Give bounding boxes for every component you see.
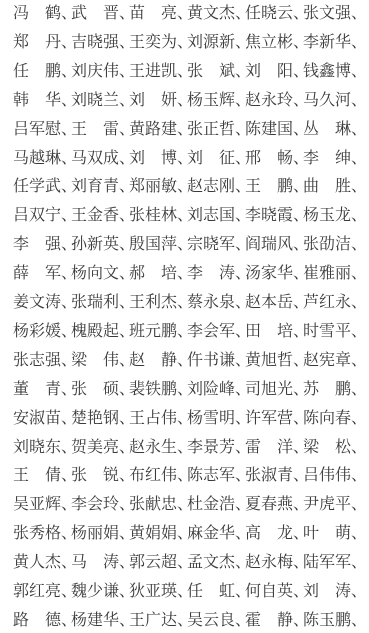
person-name: 张 锐、 <box>71 463 129 492</box>
person-name: 李会玲、 <box>71 492 129 521</box>
person-name: 杨彩媛、 <box>13 319 71 348</box>
name-row: 李 强、孙新英、殷国萍、宗晓军、阎瑞风、张劭洁、 <box>13 232 361 261</box>
person-name: 李会军、 <box>187 319 245 348</box>
person-name: 黄娟娟、 <box>129 521 187 550</box>
person-name: 张献忠、 <box>129 492 187 521</box>
person-name: 刘庆伟、 <box>71 59 129 88</box>
name-row: 路 德、杨建华、王广达、吴云良、霍 静、陈玉鹏、 <box>13 608 361 633</box>
person-name: 王 雷、 <box>71 117 129 146</box>
person-name: 吕双宁、 <box>13 203 71 232</box>
person-name: 张秀格、 <box>13 521 71 550</box>
name-row: 王 倩、张 锐、布红伟、陈志军、张淑青、吕伟伟、 <box>13 463 361 492</box>
person-name: 赵 静、 <box>129 348 187 377</box>
name-row: 马越琳、马双成、刘 博、刘 征、邢 畅、李 绅、 <box>13 146 361 175</box>
person-name: 武 晋、 <box>71 1 129 30</box>
person-name: 王广达、 <box>129 608 187 633</box>
person-name: 魏少谦、 <box>71 579 129 608</box>
person-name: 夏春燕、 <box>245 492 303 521</box>
person-name: 张 硕、 <box>71 377 129 406</box>
person-name: 任晓云、 <box>245 1 303 30</box>
person-name: 吕军慰、 <box>13 117 71 146</box>
person-name: 赵志刚、 <box>187 174 245 203</box>
person-name: 张瑞利、 <box>71 290 129 319</box>
person-name: 刘 阳、 <box>245 59 303 88</box>
person-name: 姜文涛、 <box>13 290 71 319</box>
person-name: 孙新英、 <box>71 232 129 261</box>
person-name: 赵宪章、 <box>303 348 361 377</box>
person-name: 刘 征、 <box>187 146 245 175</box>
person-name: 刘晓东、 <box>13 435 71 464</box>
person-name: 张淑青、 <box>245 463 303 492</box>
person-name: 芦红永、 <box>303 290 361 319</box>
name-row: 郑 丹、吉晓强、王奕为、刘源新、焦立彬、李新华、 <box>13 30 361 59</box>
person-name: 陈志军、 <box>187 463 245 492</box>
person-name: 钱鑫博、 <box>303 59 361 88</box>
person-name: 任 虹、 <box>187 579 245 608</box>
person-name: 吴云良、 <box>187 608 245 633</box>
person-name: 路 德、 <box>13 608 71 633</box>
person-name: 王金香、 <box>71 203 129 232</box>
person-name: 苏 鹏、 <box>303 377 361 406</box>
person-name: 蔡永泉、 <box>187 290 245 319</box>
person-name: 赵永玲、 <box>245 88 303 117</box>
person-name: 崔雅丽、 <box>303 261 361 290</box>
person-name: 马 涛、 <box>71 550 129 579</box>
person-name: 李 涛、 <box>187 261 245 290</box>
person-name: 仵书谦、 <box>187 348 245 377</box>
person-name: 王进凯、 <box>129 59 187 88</box>
person-name: 槐殿起、 <box>71 319 129 348</box>
person-name: 孟文杰、 <box>187 550 245 579</box>
person-name: 刘育青、 <box>71 174 129 203</box>
person-name: 杨丽娟、 <box>71 521 129 550</box>
person-name: 楚艳钢、 <box>71 406 129 435</box>
person-name: 贺美亮、 <box>71 435 129 464</box>
person-name: 张桂林、 <box>129 203 187 232</box>
person-name: 裴铁鹏、 <box>129 377 187 406</box>
person-name: 郭云超、 <box>129 550 187 579</box>
person-name: 李 绅、 <box>303 146 361 175</box>
person-name: 张 斌、 <box>187 59 245 88</box>
person-name: 高 龙、 <box>245 521 303 550</box>
person-name: 董 青、 <box>13 377 71 406</box>
person-name: 张正哲、 <box>187 117 245 146</box>
person-name: 何自英、 <box>245 579 303 608</box>
person-name: 吴亚辉、 <box>13 492 71 521</box>
person-name: 班元鹏、 <box>129 319 187 348</box>
person-name: 田 培、 <box>245 319 303 348</box>
name-row: 冯 鹤、武 晋、苗 亮、黄文杰、任晓云、张文强、 <box>13 1 361 30</box>
person-name: 狄亚瑛、 <box>129 579 187 608</box>
person-name: 黄人杰、 <box>13 550 71 579</box>
person-name: 刘志国、 <box>187 203 245 232</box>
person-name: 赵永梅、 <box>245 550 303 579</box>
person-name: 杨向文、 <box>71 261 129 290</box>
person-name: 王奕为、 <box>129 30 187 59</box>
name-row: 韩 华、刘晓兰、刘 妍、杨玉辉、赵永玲、马久河、 <box>13 88 361 117</box>
person-name: 阎瑞风、 <box>245 232 303 261</box>
person-name: 刘 妍、 <box>129 88 187 117</box>
person-name: 李 强、 <box>13 232 71 261</box>
person-name: 王利杰、 <box>129 290 187 319</box>
person-name: 苗 亮、 <box>129 1 187 30</box>
person-name: 陆军军、 <box>303 550 361 579</box>
person-name: 薛 军、 <box>13 261 71 290</box>
person-name: 杜金浩、 <box>187 492 245 521</box>
person-name: 张志强、 <box>13 348 71 377</box>
person-name: 李景芳、 <box>187 435 245 464</box>
name-row: 张志强、梁 伟、赵 静、仵书谦、黄旭哲、赵宪章、 <box>13 348 361 377</box>
person-name: 杨建华、 <box>71 608 129 633</box>
person-name: 布红伟、 <box>129 463 187 492</box>
person-name: 宗晓军、 <box>187 232 245 261</box>
name-row: 杨彩媛、槐殿起、班元鹏、李会军、田 培、时雪平、 <box>13 319 361 348</box>
person-name: 李新华、 <box>303 30 361 59</box>
person-name: 尹虎平、 <box>303 492 361 521</box>
person-name: 邢 畅、 <box>245 146 303 175</box>
person-name: 赵永生、 <box>129 435 187 464</box>
person-name: 丛 琳、 <box>303 117 361 146</box>
person-name: 王 鹏、 <box>245 174 303 203</box>
name-row: 安淑苗、楚艳钢、王占伟、杨雪明、许军营、陈向春、 <box>13 406 361 435</box>
name-row: 黄人杰、马 涛、郭云超、孟文杰、赵永梅、陆军军、 <box>13 550 361 579</box>
person-name: 吕伟伟、 <box>303 463 361 492</box>
name-row: 薛 军、杨向文、郝 培、李 涛、汤家华、崔雅丽、 <box>13 261 361 290</box>
person-name: 殷国萍、 <box>129 232 187 261</box>
person-name: 刘 博、 <box>129 146 187 175</box>
name-row: 郭红亮、魏少谦、狄亚瑛、任 虹、何自英、刘 涛、 <box>13 579 361 608</box>
person-name: 冯 鹤、 <box>13 1 71 30</box>
person-name: 麻金华、 <box>187 521 245 550</box>
person-name: 杨玉龙、 <box>303 203 361 232</box>
person-name: 曲 胜、 <box>303 174 361 203</box>
person-name: 黄路建、 <box>129 117 187 146</box>
person-name: 郭红亮、 <box>13 579 71 608</box>
person-name: 黄旭哲、 <box>245 348 303 377</box>
person-name: 雷 洋、 <box>245 435 303 464</box>
person-name: 陈建国、 <box>245 117 303 146</box>
name-row: 吴亚辉、李会玲、张献忠、杜金浩、夏春燕、尹虎平、 <box>13 492 361 521</box>
person-name: 王占伟、 <box>129 406 187 435</box>
person-name: 李晓霞、 <box>245 203 303 232</box>
person-name: 杨雪明、 <box>187 406 245 435</box>
person-name: 刘险峰、 <box>187 377 245 406</box>
person-name: 张劭洁、 <box>303 232 361 261</box>
person-name: 陈向春、 <box>303 406 361 435</box>
name-row: 刘晓东、贺美亮、赵永生、李景芳、雷 洋、梁 松、 <box>13 435 361 464</box>
person-name: 刘源新、 <box>187 30 245 59</box>
person-name: 任学武、 <box>13 174 71 203</box>
person-name: 任 鹏、 <box>13 59 71 88</box>
person-name: 安淑苗、 <box>13 406 71 435</box>
person-name: 郑 丹、 <box>13 30 71 59</box>
person-name: 郝 培、 <box>129 261 187 290</box>
person-name: 焦立彬、 <box>245 30 303 59</box>
person-name: 马双成、 <box>71 146 129 175</box>
person-name: 刘晓兰、 <box>71 88 129 117</box>
person-name: 梁 伟、 <box>71 348 129 377</box>
person-name: 马久河、 <box>303 88 361 117</box>
person-name: 杨玉辉、 <box>187 88 245 117</box>
person-name: 黄文杰、 <box>187 1 245 30</box>
person-name: 马越琳、 <box>13 146 71 175</box>
person-name: 陈玉鹏、 <box>303 608 361 633</box>
person-name: 刘 涛、 <box>303 579 361 608</box>
name-list-document: 冯 鹤、武 晋、苗 亮、黄文杰、任晓云、张文强、郑 丹、吉晓强、王奕为、刘源新、… <box>0 0 369 633</box>
person-name: 王 倩、 <box>13 463 71 492</box>
name-row: 任学武、刘育青、郑丽敏、赵志刚、王 鹏、曲 胜、 <box>13 174 361 203</box>
person-name: 赵本岳、 <box>245 290 303 319</box>
name-row: 姜文涛、张瑞利、王利杰、蔡永泉、赵本岳、芦红永、 <box>13 290 361 319</box>
person-name: 吉晓强、 <box>71 30 129 59</box>
name-row: 任 鹏、刘庆伟、王进凯、张 斌、刘 阳、钱鑫博、 <box>13 59 361 88</box>
person-name: 张文强、 <box>303 1 361 30</box>
person-name: 时雪平、 <box>303 319 361 348</box>
person-name: 梁 松、 <box>303 435 361 464</box>
person-name: 汤家华、 <box>245 261 303 290</box>
person-name: 霍 静、 <box>245 608 303 633</box>
person-name: 许军营、 <box>245 406 303 435</box>
name-row: 吕军慰、王 雷、黄路建、张正哲、陈建国、丛 琳、 <box>13 117 361 146</box>
name-row: 吕双宁、王金香、张桂林、刘志国、李晓霞、杨玉龙、 <box>13 203 361 232</box>
person-name: 郑丽敏、 <box>129 174 187 203</box>
person-name: 司旭光、 <box>245 377 303 406</box>
name-row: 张秀格、杨丽娟、黄娟娟、麻金华、高 龙、叶 萌、 <box>13 521 361 550</box>
person-name: 韩 华、 <box>13 88 71 117</box>
person-name: 叶 萌、 <box>303 521 361 550</box>
name-row: 董 青、张 硕、裴铁鹏、刘险峰、司旭光、苏 鹏、 <box>13 377 361 406</box>
